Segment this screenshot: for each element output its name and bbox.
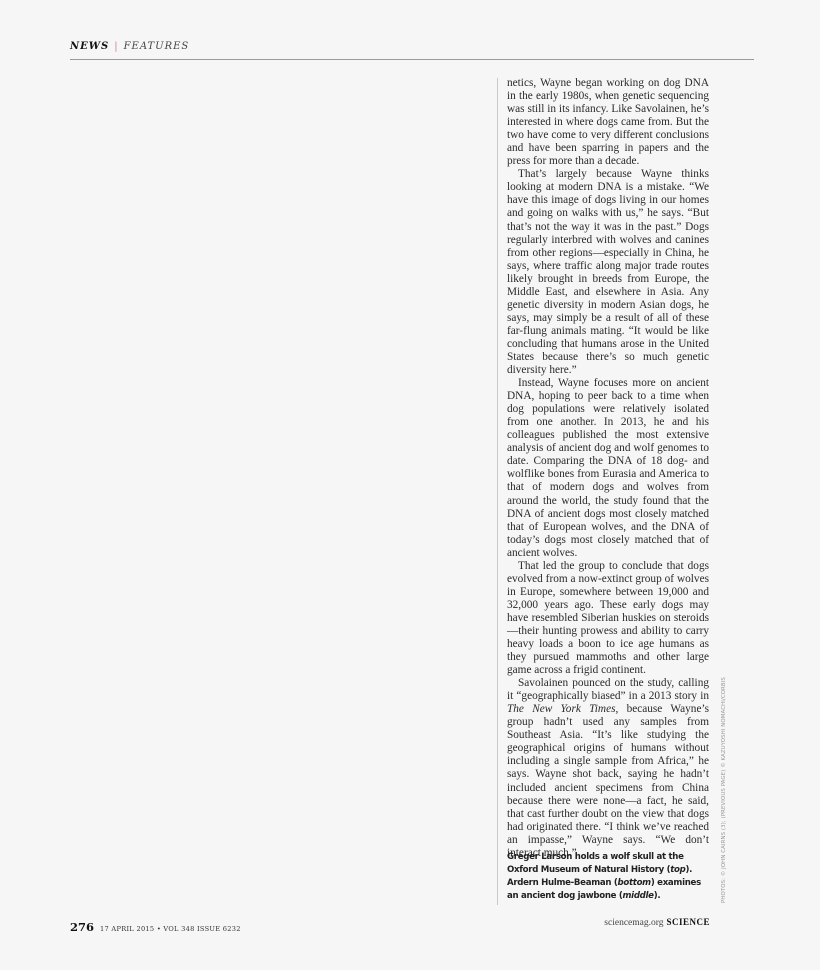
text-run: ). <box>654 891 661 901</box>
section-separator: | <box>114 41 118 52</box>
text-run: Savolainen pounced on the study, calling… <box>507 677 709 702</box>
article-paragraph: netics, Wayne began working on dog DNA i… <box>507 77 709 168</box>
subsection-label: FEATURES <box>124 41 190 52</box>
section-label: NEWS <box>70 41 109 52</box>
footer-left: 27617 APRIL 2015 • VOL 348 ISSUE 6232 <box>70 916 241 935</box>
header-rule <box>70 59 754 60</box>
brand-name: SCIENCE <box>666 917 710 927</box>
caption-position: top <box>670 865 685 875</box>
article-paragraph: Instead, Wayne focuses more on ancient D… <box>507 377 709 560</box>
photo-caption: Greger Larson holds a wolf skull at the … <box>507 851 712 903</box>
column-rule <box>497 78 498 905</box>
issue-info: 17 APRIL 2015 • VOL 348 ISSUE 6232 <box>100 925 241 933</box>
article-paragraph: That led the group to conclude that dogs… <box>507 560 709 677</box>
caption-position: middle <box>623 891 654 901</box>
text-run: Greger Larson holds a wolf skull at the … <box>507 852 684 875</box>
caption-position: bottom <box>618 878 651 888</box>
publication-title: The New York Times, <box>507 703 618 715</box>
article-paragraph: That’s largely because Wayne thinks look… <box>507 168 709 377</box>
website-link[interactable]: sciencemag.org <box>604 918 663 928</box>
footer-right: sciencemag.orgSCIENCE <box>604 917 710 928</box>
article-paragraph: Savolainen pounced on the study, calling… <box>507 677 709 860</box>
section-header: NEWS|FEATURES <box>70 41 189 52</box>
photo-credit: PHOTOS: © JOHN CAIRNS (3); (PREVIOUS PAG… <box>721 677 727 903</box>
article-body: netics, Wayne began working on dog DNA i… <box>507 77 709 860</box>
text-run: because Wayne’s group hadn’t used any sa… <box>507 703 709 859</box>
page-number: 276 <box>70 920 94 934</box>
